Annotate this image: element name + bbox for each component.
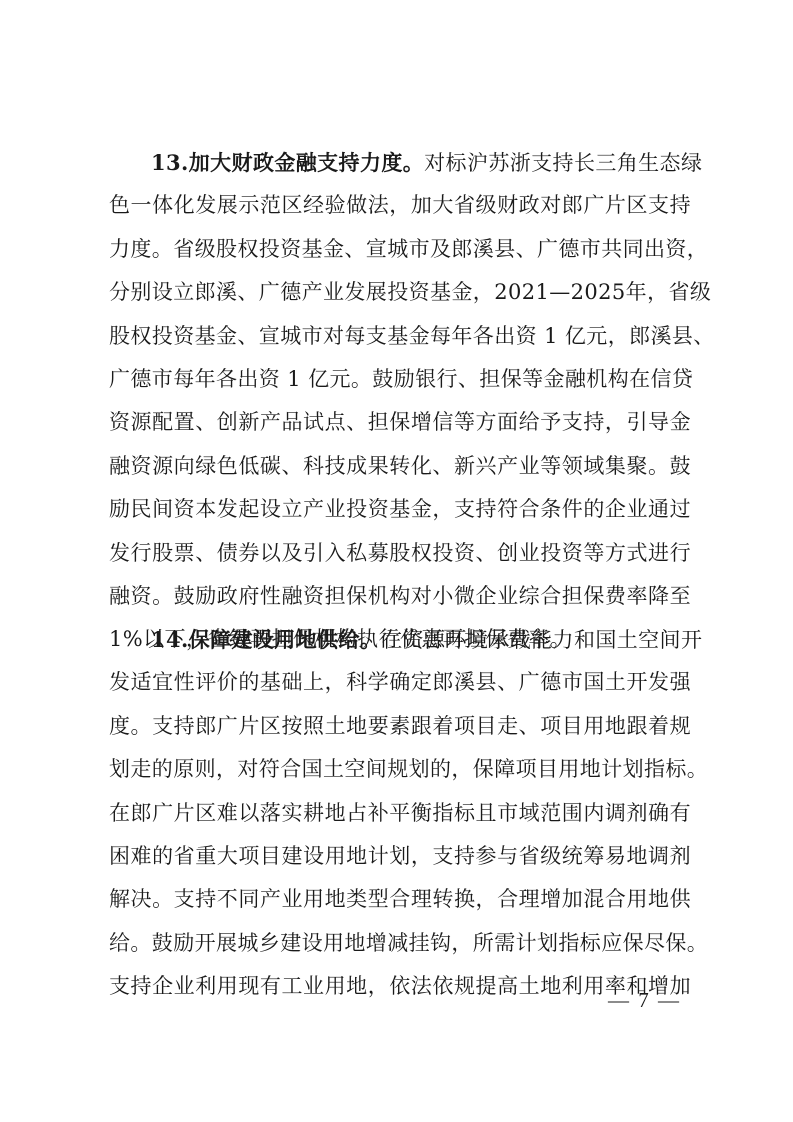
document-page: 13.加大财政金融支持力度。对标沪苏浙支持长三角生态绿 色一体化发展示范区经验做… bbox=[0, 0, 793, 1122]
text-line: 在资源环境承载能力和国土空间开 bbox=[381, 628, 702, 652]
text-line: 分别设立郎溪、广德产业发展投资基金，2021—2025年，省级 bbox=[109, 271, 691, 314]
section-heading: 保障建设用地供给。 bbox=[189, 627, 382, 652]
text-line: 度。支持郎广片区按照土地要素跟着项目走、项目用地跟着规 bbox=[109, 705, 691, 748]
text-line: 力度。省级股权投资基金、宣城市及郎溪县、广德市共同出资， bbox=[109, 228, 691, 271]
section-number: 13. bbox=[151, 150, 189, 175]
text-line: 股权投资基金、宣城市对每支基金每年各出资 1 亿元，郎溪县、 bbox=[109, 315, 691, 358]
text-line: 融资源向绿色低碳、科技成果转化、新兴产业等领域集聚。鼓 bbox=[109, 445, 691, 488]
text-line: 给。鼓励开展城乡建设用地增减挂钩，所需计划指标应保尽保。 bbox=[109, 922, 691, 965]
text-line: 色一体化发展示范区经验做法，加大省级财政对郎广片区支持 bbox=[109, 184, 691, 227]
text-line: 困难的省重大项目建设用地计划，支持参与省级统筹易地调剂 bbox=[109, 835, 691, 878]
text-line: 解决。支持不同产业用地类型合理转换，合理增加混合用地供 bbox=[109, 878, 691, 921]
text-line: 划走的原则，对符合国土空间规划的，保障项目用地计划指标。 bbox=[109, 748, 691, 791]
paragraph-first-line: 13.加大财政金融支持力度。对标沪苏浙支持长三角生态绿 bbox=[109, 141, 691, 184]
page-number: — 7 — bbox=[608, 988, 681, 1013]
section-heading: 加大财政金融支持力度。 bbox=[189, 150, 424, 175]
paragraph-first-line: 14.保障建设用地供给。在资源环境承载能力和国土空间开 bbox=[109, 618, 691, 661]
text-line: 资源配置、创新产品试点、担保增信等方面给予支持，引导金 bbox=[109, 401, 691, 444]
section-13: 13.加大财政金融支持力度。对标沪苏浙支持长三角生态绿 色一体化发展示范区经验做… bbox=[109, 141, 691, 662]
text-line: 在郎广片区难以落实耕地占补平衡指标且市域范围内调剂确有 bbox=[109, 792, 691, 835]
text-line: 励民间资本发起设立产业投资基金，支持符合条件的企业通过 bbox=[109, 488, 691, 531]
text-line: 支持企业利用现有工业用地，依法依规提高土地利用率和增加 bbox=[109, 965, 691, 1008]
text-line: 对标沪苏浙支持长三角生态绿 bbox=[424, 151, 702, 175]
text-line: 发行股票、债券以及引入私募股权投资、创业投资等方式进行 bbox=[109, 532, 691, 575]
text-line: 广德市每年各出资 1 亿元。鼓励银行、担保等金融机构在信贷 bbox=[109, 358, 691, 401]
text-line: 融资。鼓励政府性融资担保机构对小微企业综合担保费率降至 bbox=[109, 575, 691, 618]
section-14: 14.保障建设用地供给。在资源环境承载能力和国土空间开 发适宜性评价的基础上，科… bbox=[109, 618, 691, 1009]
section-number: 14. bbox=[151, 627, 189, 652]
text-line: 发适宜性评价的基础上，科学确定郎溪县、广德市国土开发强 bbox=[109, 661, 691, 704]
